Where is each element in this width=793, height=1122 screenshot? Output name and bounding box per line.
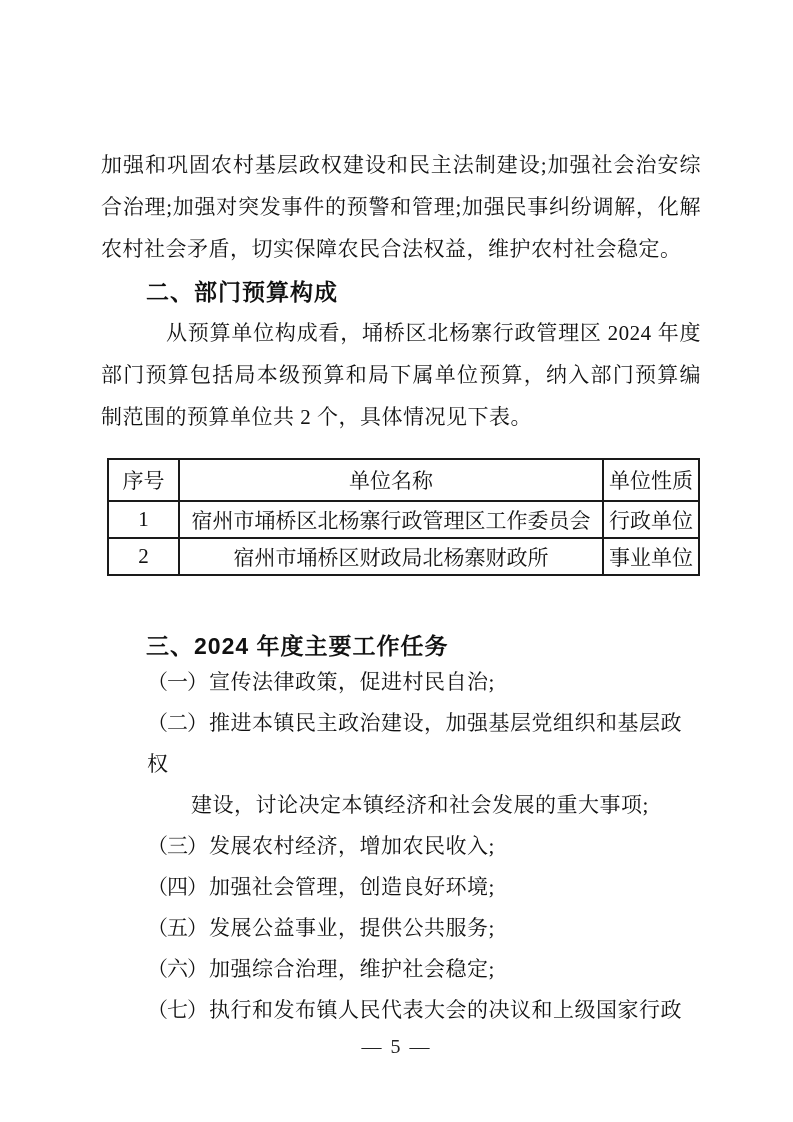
table-row: 2 宿州市埇桥区财政局北杨寨财政所 事业单位 [108, 538, 699, 575]
list-item-text: 执行和发布镇人民代表大会的决议和上级国家行政 [209, 998, 682, 1022]
cell-serial: 2 [108, 538, 179, 575]
list-item-marker: （七） [147, 998, 207, 1022]
list-item-marker: （四） [147, 875, 207, 899]
list-item-line: 建设，讨论决定本镇经济和社会发展的重大事项; [147, 785, 701, 826]
list-item-text: 宣传法律政策，促进村民自治; [209, 670, 495, 694]
cell-unit-name: 宿州市埇桥区财政局北杨寨财政所 [179, 538, 603, 575]
budget-units-table: 序号 单位名称 单位性质 1 宿州市埇桥区北杨寨行政管理区工作委员会 行政单位 … [107, 458, 700, 576]
cell-unit-name: 宿州市埇桥区北杨寨行政管理区工作委员会 [179, 501, 603, 538]
list-item: （三）发展农村经济，增加农民收入; [101, 826, 701, 867]
list-item: （五）发展公益事业，提供公共服务; [101, 908, 701, 949]
list-item-text: 推进本镇民主政治建设，加强基层党组织和基层政权 [147, 711, 682, 776]
list-item-line: （二）推进本镇民主政治建设，加强基层党组织和基层政权 [147, 703, 701, 785]
task-list: （一）宣传法律政策，促进村民自治; （二）推进本镇民主政治建设，加强基层党组织和… [101, 662, 701, 1031]
column-header-serial: 序号 [108, 459, 179, 501]
cell-serial: 1 [108, 501, 179, 538]
list-item-marker: （六） [147, 957, 207, 981]
column-header-unit-type: 单位性质 [603, 459, 699, 501]
list-item: （四）加强社会管理，创造良好环境; [101, 867, 701, 908]
list-item-text: 加强综合治理，维护社会稳定; [209, 957, 495, 981]
list-item: （一）宣传法律政策，促进村民自治; [101, 662, 701, 703]
list-item-text: 发展农村经济，增加农民收入; [209, 834, 495, 858]
list-item-text: 发展公益事业，提供公共服务; [209, 916, 495, 940]
tasks-section-heading: 三、2024 年度主要工作任务 [101, 630, 701, 662]
list-item-marker: （三） [147, 834, 207, 858]
list-item: （七）执行和发布镇人民代表大会的决议和上级国家行政 [101, 990, 701, 1031]
page-number: — 5 — [0, 1032, 793, 1062]
document-page: 加强和巩固农村基层政权建设和民主法制建设;加强社会治安综合治理;加强对突发事件的… [0, 0, 793, 1122]
page-content: 加强和巩固农村基层政权建设和民主法制建设;加强社会治安综合治理;加强对突发事件的… [101, 0, 701, 1031]
list-item-marker: （五） [147, 916, 207, 940]
cell-unit-type: 事业单位 [603, 538, 699, 575]
column-header-unit-name: 单位名称 [179, 459, 603, 501]
list-item: （六）加强综合治理，维护社会稳定; [101, 949, 701, 990]
list-item-marker: （二） [147, 711, 207, 735]
table-row: 1 宿州市埇桥区北杨寨行政管理区工作委员会 行政单位 [108, 501, 699, 538]
list-item: （二）推进本镇民主政治建设，加强基层党组织和基层政权 建设，讨论决定本镇经济和社… [101, 703, 701, 826]
intro-paragraph: 加强和巩固农村基层政权建设和民主法制建设;加强社会治安综合治理;加强对突发事件的… [101, 144, 701, 270]
list-item-text: 加强社会管理，创造良好环境; [209, 875, 495, 899]
budget-paragraph: 从预算单位构成看，埇桥区北杨寨行政管理区 2024 年度部门预算包括局本级预算和… [101, 312, 701, 438]
budget-section-heading: 二、部门预算构成 [101, 276, 701, 308]
table-header-row: 序号 单位名称 单位性质 [108, 459, 699, 501]
cell-unit-type: 行政单位 [603, 501, 699, 538]
list-item-marker: （一） [147, 670, 207, 694]
